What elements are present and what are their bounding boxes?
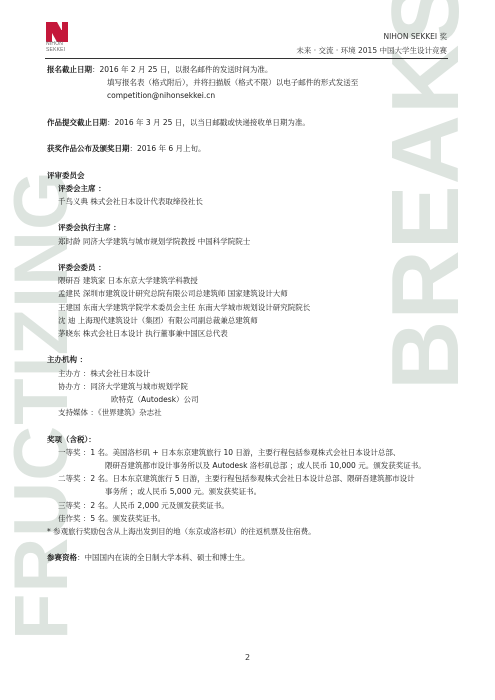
header-divider [45, 58, 448, 59]
prize-first-text: ：1 名。美国洛杉矶 + 日本东京建筑旅行 10 日游，主要行程包括参观株式会社… [83, 448, 401, 457]
jury-exec: 郑时龄 同济大学建筑与城市规划学院教授 中国科学院院士 [47, 235, 457, 248]
jury-member: 茅晓东 株式会社日本设计 执行董事兼中国区总代表 [47, 327, 457, 340]
jury-exec-label: 评委会执行主席 ： [47, 221, 457, 234]
jury-chair-label: 评委会主席 ： [47, 182, 457, 195]
media-label: 支持媒体 [58, 408, 88, 417]
prize-second-text: ：2 名。日本东京建筑旅行 5 日游，主要行程包括参观株式会社日本设计总部、隈研… [83, 474, 415, 483]
eligibility-label: 参赛资格 [47, 553, 77, 562]
submission-value: ：2016 年 3 月 25 日，以当日邮戳或快递接收单日期为准。 [107, 118, 310, 127]
jury-member: 孟建民 深圳市建筑设计研究总院有限公司总建筑师 国家建筑设计大师 [47, 287, 457, 300]
announcement-label: 获奖作品公布及颁奖日期 [47, 144, 130, 153]
prize-second-cont: 事务所 ；或人民币 5,000 元。颁发获奖证书。 [47, 485, 457, 498]
document-body: 报名截止日期：2016 年 2 月 25 日，以报名邮件的发送时间为准。 填写报… [47, 63, 457, 565]
registration-value: ：2016 年 2 月 25 日，以报名邮件的发送时间为准。 [92, 65, 272, 74]
logo-text-2: SEKKEI [46, 48, 70, 54]
prizes-title: 奖项（含税）： [47, 433, 457, 446]
announcement-value: ：2016 年 6 月上旬。 [130, 144, 206, 153]
prize-third-label: 三等奖 [58, 501, 81, 510]
jury-members-label: 评委会委员 ： [47, 261, 457, 274]
document-page: NIHON SEKKEI NIHON SEKKEI 奖 未来 · 交流 · 环境… [0, 0, 495, 700]
logo-n-icon [46, 22, 68, 42]
jury-member: 沈 迪 上海现代建筑设计（集团）有限公司副总裁兼总建筑师 [47, 314, 457, 327]
header-right: NIHON SEKKEI 奖 未来 · 交流 · 环境 2015 中国大学生设计… [296, 30, 447, 58]
submission-label: 作品提交截止日期 [47, 118, 107, 127]
prize-first-label: 一等奖 [58, 448, 81, 457]
page-number: 2 [0, 653, 495, 662]
jury-title: 评审委员会 [47, 169, 457, 182]
prize-first-cont: 隈研吾建筑都市设计事务所以及 Autodesk 洛杉矶总部 ；或人民币 10,0… [47, 459, 457, 472]
registration-label: 报名截止日期 [47, 65, 92, 74]
nihon-sekkei-logo: NIHON SEKKEI [46, 22, 70, 53]
co-organizer-2: 欧特克（Autodesk）公司 [47, 393, 457, 406]
jury-member: 王建国 东南大学建筑学院学术委员会主任 东南大学城市规划设计研究院院长 [47, 301, 457, 314]
header-competition-title: 未来 · 交流 · 环境 2015 中国大学生设计竞赛 [296, 44, 447, 58]
host-value: ：株式会社日本设计 [83, 369, 151, 378]
jury-member: 隈研吾 建筑家 日本东京大学建筑学科教授 [47, 274, 457, 287]
registration-instructions: 填写报名表（格式附后），并将扫描版（格式不限）以电子邮件的形式发送至 [47, 76, 457, 89]
prize-third-text: ：2 名。人民币 2,000 元及颁发获奖证书。 [83, 501, 229, 510]
media-value: ：《世界建筑》杂志社 [90, 408, 161, 417]
host-label: 主办方 [58, 369, 81, 378]
jury-chair: 千鸟义典 株式会社日本设计代表取缔役社长 [47, 195, 457, 208]
eligibility-value: ：中国国内在读的全日制大学本科、硕士和博士生。 [77, 553, 250, 562]
co-organizer-label: 协办方 [58, 382, 81, 391]
prizes-note: * 参观旅行奖励包含从上海出发到目的地（东京或洛杉矶）的往返机票及住宿费。 [47, 525, 457, 538]
co-organizer-1: ：同济大学建筑与城市规划学院 [83, 382, 188, 391]
registration-email[interactable]: competition@nihonsekkei.cn [47, 89, 457, 102]
organizers-title: 主办机构 ： [47, 353, 457, 366]
prize-honorable-label: 佳作奖 [58, 514, 81, 523]
prize-honorable-text: ：5 名。颁发获奖证书。 [83, 514, 165, 523]
header-award-title: NIHON SEKKEI 奖 [296, 30, 447, 44]
prize-second-label: 二等奖 [58, 474, 81, 483]
